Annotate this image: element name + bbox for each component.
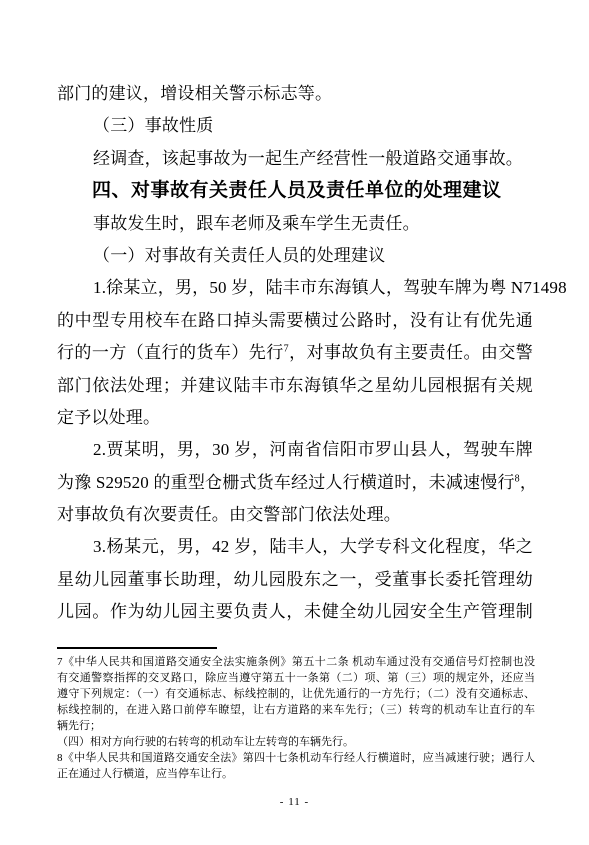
footnotes-section: 7《中华人民共和国道路交通安全法实施条例》第五十二条 机动车通过没有交通信号灯控…: [57, 647, 535, 782]
document-page: 部门的建议，增设相关警示标志等。 （三）事故性质 经调查，该起事故为一起生产经营…: [0, 0, 589, 845]
page-number: - 11 -: [0, 794, 589, 810]
body-line: 儿园。作为幼儿园主要负责人，未健全幼儿园安全生产管理制: [57, 596, 533, 628]
body-line: 的中型专用校车在路口掉头需要横过公路时，没有让有优先通: [57, 305, 533, 337]
footnote-line: 标线控制的，在进入路口前停车瞭望，让右方道路的来车先行；（三）转弯的机动车让直行…: [57, 702, 535, 718]
footnote-line: 遵守下列规定：（一）有交通标志、标线控制的，让优先通行的一方先行；（二）没有交通…: [57, 686, 535, 702]
footnote-line: 8《中华人民共和国道路交通安全法》第四十七条机动车行经人行横道时，应当减速行驶；…: [57, 750, 535, 766]
body-line: 部门的建议，增设相关警示标志等。: [57, 78, 533, 110]
body-line: 为豫 S29520 的重型仓栅式货车经过人行横道时，未减速慢行8，: [57, 467, 533, 499]
body-line: 1.徐某立，男，50 岁，陆丰市东海镇人，驾驶车牌为粤 N71498: [57, 272, 533, 304]
body-line: 对事故负有次要责任。由交警部门依法处理。: [57, 499, 533, 531]
body-line: 经调查，该起事故为一起生产经营性一般道路交通事故。: [57, 143, 533, 175]
body-text: 部门的建议，增设相关警示标志等。 （三）事故性质 经调查，该起事故为一起生产经营…: [57, 78, 533, 629]
body-line: 2.贾某明，男，30 岁，河南省信阳市罗山县人，驾驶车牌: [57, 434, 533, 466]
section-heading: 四、对事故有关责任人员及责任单位的处理建议: [57, 175, 533, 207]
body-line: 事故发生时，跟车老师及乘车学生无责任。: [57, 208, 533, 240]
body-line: （一）对事故有关责任人员的处理建议: [57, 240, 533, 272]
line-text: 行的一方（直行的货车）先行: [57, 343, 284, 362]
line-text: ，对事故负有主要责任。由交警: [289, 343, 533, 362]
body-line: （三）事故性质: [57, 110, 533, 142]
footnote-line: （四）相对方向行驶的右转弯的机动车让左转弯的车辆先行。: [57, 734, 535, 750]
body-line: 定予以处理。: [57, 402, 533, 434]
body-line: 星幼儿园董事长助理，幼儿园股东之一，受董事长委托管理幼: [57, 564, 533, 596]
footnote-line: 7《中华人民共和国道路交通安全法实施条例》第五十二条 机动车通过没有交通信号灯控…: [57, 654, 535, 670]
footnote-line: 有交通警察指挥的交叉路口，除应当遵守第五十一条第（二）项、第（三）项的规定外，还…: [57, 670, 535, 686]
line-text: ，: [520, 473, 537, 492]
footnote-line: 正在通过人行横道，应当停车让行。: [57, 766, 535, 782]
body-line: 行的一方（直行的货车）先行7，对事故负有主要责任。由交警: [57, 337, 533, 369]
footnote-separator: [57, 647, 217, 649]
footnote-line: 辆先行；: [57, 718, 535, 734]
body-line: 部门依法处理；并建议陆丰市东海镇华之星幼儿园根据有关规: [57, 370, 533, 402]
line-text: 为豫 S29520 的重型仓栅式货车经过人行横道时，未减速慢行: [57, 473, 515, 492]
body-line: 3.杨某元，男，42 岁，陆丰人，大学专科文化程度，华之: [57, 531, 533, 563]
